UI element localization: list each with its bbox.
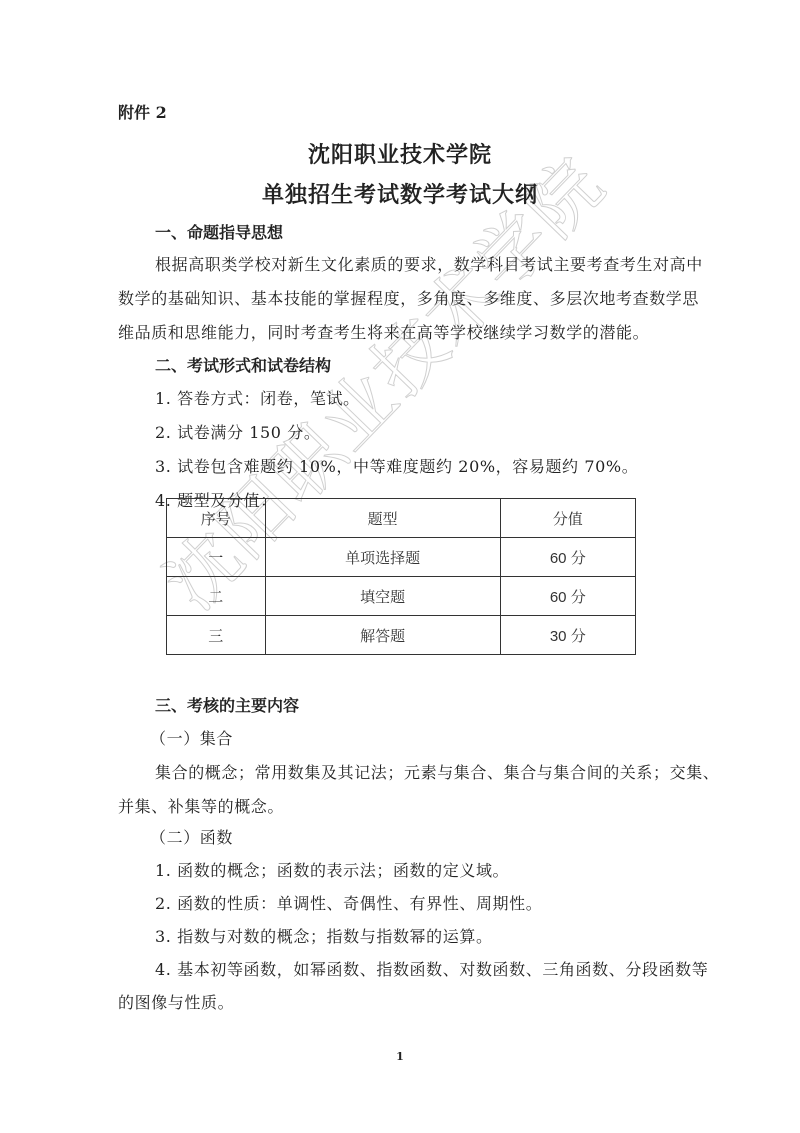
- section-heading-guiding-idea: 一、命题指导思想: [155, 220, 283, 243]
- document-subtitle: 单独招生考试数学考试大纲: [0, 178, 800, 209]
- attachment-label: 附件 2: [118, 100, 167, 123]
- paragraph-line: 并集、补集等的概念。: [118, 794, 284, 817]
- section-heading-main-content: 三、考核的主要内容: [155, 693, 299, 716]
- paragraph-line: 根据高职类学校对新生文化素质的要求，数学科目考试主要考查考生对高中: [155, 252, 703, 275]
- list-item: 1. 答卷方式：闭卷，笔试。: [155, 386, 360, 409]
- table-header-cell: 分值: [500, 499, 635, 538]
- paragraph-line: 数学的基础知识、基本技能的掌握程度，多角度、多维度、多层次地考查数学思: [118, 286, 699, 309]
- table-row: 二 填空题 60 分: [167, 577, 636, 616]
- table-cell: 单项选择题: [265, 538, 500, 577]
- list-item: 3. 指数与对数的概念；指数与指数幂的运算。: [155, 924, 493, 947]
- document-page: 沈阳职业技术学院 附件 2 沈阳职业技术学院 单独招生考试数学考试大纲 一、命题…: [0, 0, 800, 1133]
- paragraph-line: 的图像与性质。: [118, 990, 234, 1013]
- list-item: 2. 函数的性质：单调性、奇偶性、有界性、周期性。: [155, 891, 542, 914]
- section-heading-exam-format: 二、考试形式和试卷结构: [155, 353, 331, 376]
- table-header-cell: 题型: [265, 499, 500, 538]
- table-cell: 填空题: [265, 577, 500, 616]
- score-table: 序号 题型 分值 一 单项选择题 60 分 二 填空题 60 分 三 解答题 3…: [166, 498, 636, 655]
- table-row: 一 单项选择题 60 分: [167, 538, 636, 577]
- table-header-cell: 序号: [167, 499, 266, 538]
- list-item: 4. 基本初等函数，如幂函数、指数函数、对数函数、三角函数、分段函数等: [155, 957, 708, 980]
- paragraph-line: 维品质和思维能力，同时考查考生将来在高等学校继续学习数学的潜能。: [118, 320, 649, 343]
- list-item: 3. 试卷包含难题约 10%，中等难度题约 20%，容易题约 70%。: [155, 454, 638, 477]
- paragraph-line: 集合的概念；常用数集及其记法；元素与集合、集合与集合间的关系；交集、: [155, 760, 719, 783]
- table-cell: 60 分: [500, 538, 635, 577]
- table-row: 三 解答题 30 分: [167, 616, 636, 655]
- table-cell: 一: [167, 538, 266, 577]
- document-title: 沈阳职业技术学院: [0, 138, 800, 169]
- subsection-heading-sets: （一）集合: [150, 726, 233, 749]
- table-cell: 三: [167, 616, 266, 655]
- page-number: 1: [0, 1050, 800, 1063]
- table-header-row: 序号 题型 分值: [167, 499, 636, 538]
- table-cell: 解答题: [265, 616, 500, 655]
- subsection-heading-functions: （二）函数: [150, 825, 233, 848]
- table-cell: 30 分: [500, 616, 635, 655]
- list-item: 2. 试卷满分 150 分。: [155, 420, 320, 443]
- table-cell: 二: [167, 577, 266, 616]
- list-item: 1. 函数的概念；函数的表示法；函数的定义域。: [155, 858, 509, 881]
- table-cell: 60 分: [500, 577, 635, 616]
